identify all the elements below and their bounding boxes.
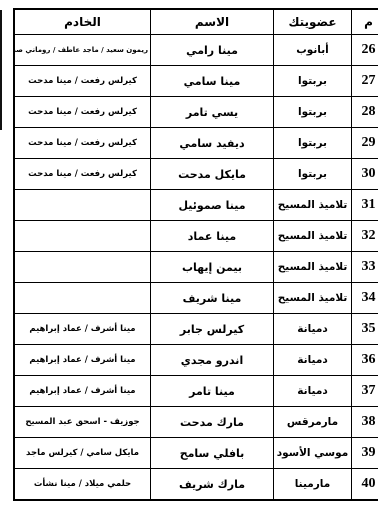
number-cell: 28 [352,97,378,128]
name-cell: مينا سامي [151,66,274,97]
members-table: م عضويتك الاسم الخادم 26أبانوبمينا رامير… [13,8,378,501]
membership-cell: مارمرقس [274,407,352,438]
table-row: 31تلاميذ المسيحمينا صموئيل [14,190,378,221]
number-cell: 38 [352,407,378,438]
header-number: م [352,9,378,35]
name-cell: مارك مدحت [151,407,274,438]
name-cell: كيرلس جابر [151,314,274,345]
table-row: 40مارمينامارك شريفحلمي ميلاد / مينا نشأت [14,469,378,501]
table-row: 36دميانةاندرو مجديمينا أشرف / عماد إبراه… [14,345,378,376]
membership-cell: أبانوب [274,35,352,66]
table-row: 38مارمرقسمارك مدحتجوزيف - اسحق عبد المسي… [14,407,378,438]
servant-cell [14,221,151,252]
number-cell: 31 [352,190,378,221]
membership-cell: بربتوا [274,97,352,128]
table-row: 33تلاميذ المسيحبيمن إيهاب [14,252,378,283]
membership-cell: موسي الأسود [274,438,352,469]
document-page: م عضويتك الاسم الخادم 26أبانوبمينا رامير… [0,0,378,508]
membership-cell: بربتوا [274,66,352,97]
header-servant: الخادم [14,9,151,35]
membership-cell: بربتوا [274,128,352,159]
header-membership: عضويتك [274,9,352,35]
table-row: 29بربتواديفيد ساميكيرلس رفعت / مينا مدحت [14,128,378,159]
table-row: 37دميانةمينا تامرمينا أشرف / عماد إبراهي… [14,376,378,407]
number-cell: 35 [352,314,378,345]
servant-cell [14,252,151,283]
name-cell: مينا صموئيل [151,190,274,221]
name-cell: ديفيد سامي [151,128,274,159]
servant-cell: حلمي ميلاد / مينا نشأت [14,469,151,501]
number-cell: 40 [352,469,378,501]
name-cell: بيمن إيهاب [151,252,274,283]
name-cell: اندرو مجدي [151,345,274,376]
membership-cell: تلاميذ المسيح [274,190,352,221]
table-row: 26أبانوبمينا راميريمون سعيد / ماجد عاطف … [14,35,378,66]
membership-cell: تلاميذ المسيح [274,283,352,314]
name-cell: مينا عماد [151,221,274,252]
servant-cell [14,190,151,221]
number-cell: 34 [352,283,378,314]
name-cell: بافلي سامح [151,438,274,469]
servant-cell: مينا أشرف / عماد إبراهيم [14,345,151,376]
number-cell: 33 [352,252,378,283]
table-row: 32تلاميذ المسيحمينا عماد [14,221,378,252]
table-row: 34تلاميذ المسيحمينا شريف [14,283,378,314]
number-cell: 32 [352,221,378,252]
servant-cell: مايكل سامي / كيرلس ماجد [14,438,151,469]
servant-cell: كيرلس رفعت / مينا مدحت [14,128,151,159]
number-cell: 37 [352,376,378,407]
table-header: م عضويتك الاسم الخادم [14,9,378,35]
servant-cell: ريمون سعيد / ماجد عاطف / روماني صدقي [14,35,151,66]
number-cell: 30 [352,159,378,190]
name-cell: مينا شريف [151,283,274,314]
membership-cell: تلاميذ المسيح [274,252,352,283]
membership-cell: مارمينا [274,469,352,501]
membership-cell: دميانة [274,376,352,407]
table-row: 35دميانةكيرلس جابرمينا أشرف / عماد إبراه… [14,314,378,345]
header-name: الاسم [151,9,274,35]
name-cell: مارك شريف [151,469,274,501]
membership-cell: دميانة [274,314,352,345]
number-cell: 36 [352,345,378,376]
table-row: 28بربتوايسي تامركيرلس رفعت / مينا مدحت [14,97,378,128]
number-cell: 26 [352,35,378,66]
table-row: 39موسي الأسودبافلي سامحمايكل سامي / كيرل… [14,438,378,469]
membership-cell: دميانة [274,345,352,376]
table-row: 27بربتوامينا ساميكيرلس رفعت / مينا مدحت [14,66,378,97]
name-cell: يسي تامر [151,97,274,128]
membership-cell: تلاميذ المسيح [274,221,352,252]
number-cell: 39 [352,438,378,469]
servant-cell: مينا أشرف / عماد إبراهيم [14,314,151,345]
membership-cell: بربتوا [274,159,352,190]
number-cell: 27 [352,66,378,97]
servant-cell [14,283,151,314]
servant-cell: كيرلس رفعت / مينا مدحت [14,97,151,128]
table-body: 26أبانوبمينا راميريمون سعيد / ماجد عاطف … [14,35,378,501]
servant-cell: كيرلس رفعت / مينا مدحت [14,159,151,190]
servant-cell: مينا أشرف / عماد إبراهيم [14,376,151,407]
name-cell: مايكل مدحت [151,159,274,190]
scan-edge-artifact [0,10,2,130]
servant-cell: جوزيف - اسحق عبد المسيح [14,407,151,438]
table-row: 30بربتوامايكل مدحتكيرلس رفعت / مينا مدحت [14,159,378,190]
servant-cell: كيرلس رفعت / مينا مدحت [14,66,151,97]
header-row: م عضويتك الاسم الخادم [14,9,378,35]
number-cell: 29 [352,128,378,159]
name-cell: مينا رامي [151,35,274,66]
name-cell: مينا تامر [151,376,274,407]
